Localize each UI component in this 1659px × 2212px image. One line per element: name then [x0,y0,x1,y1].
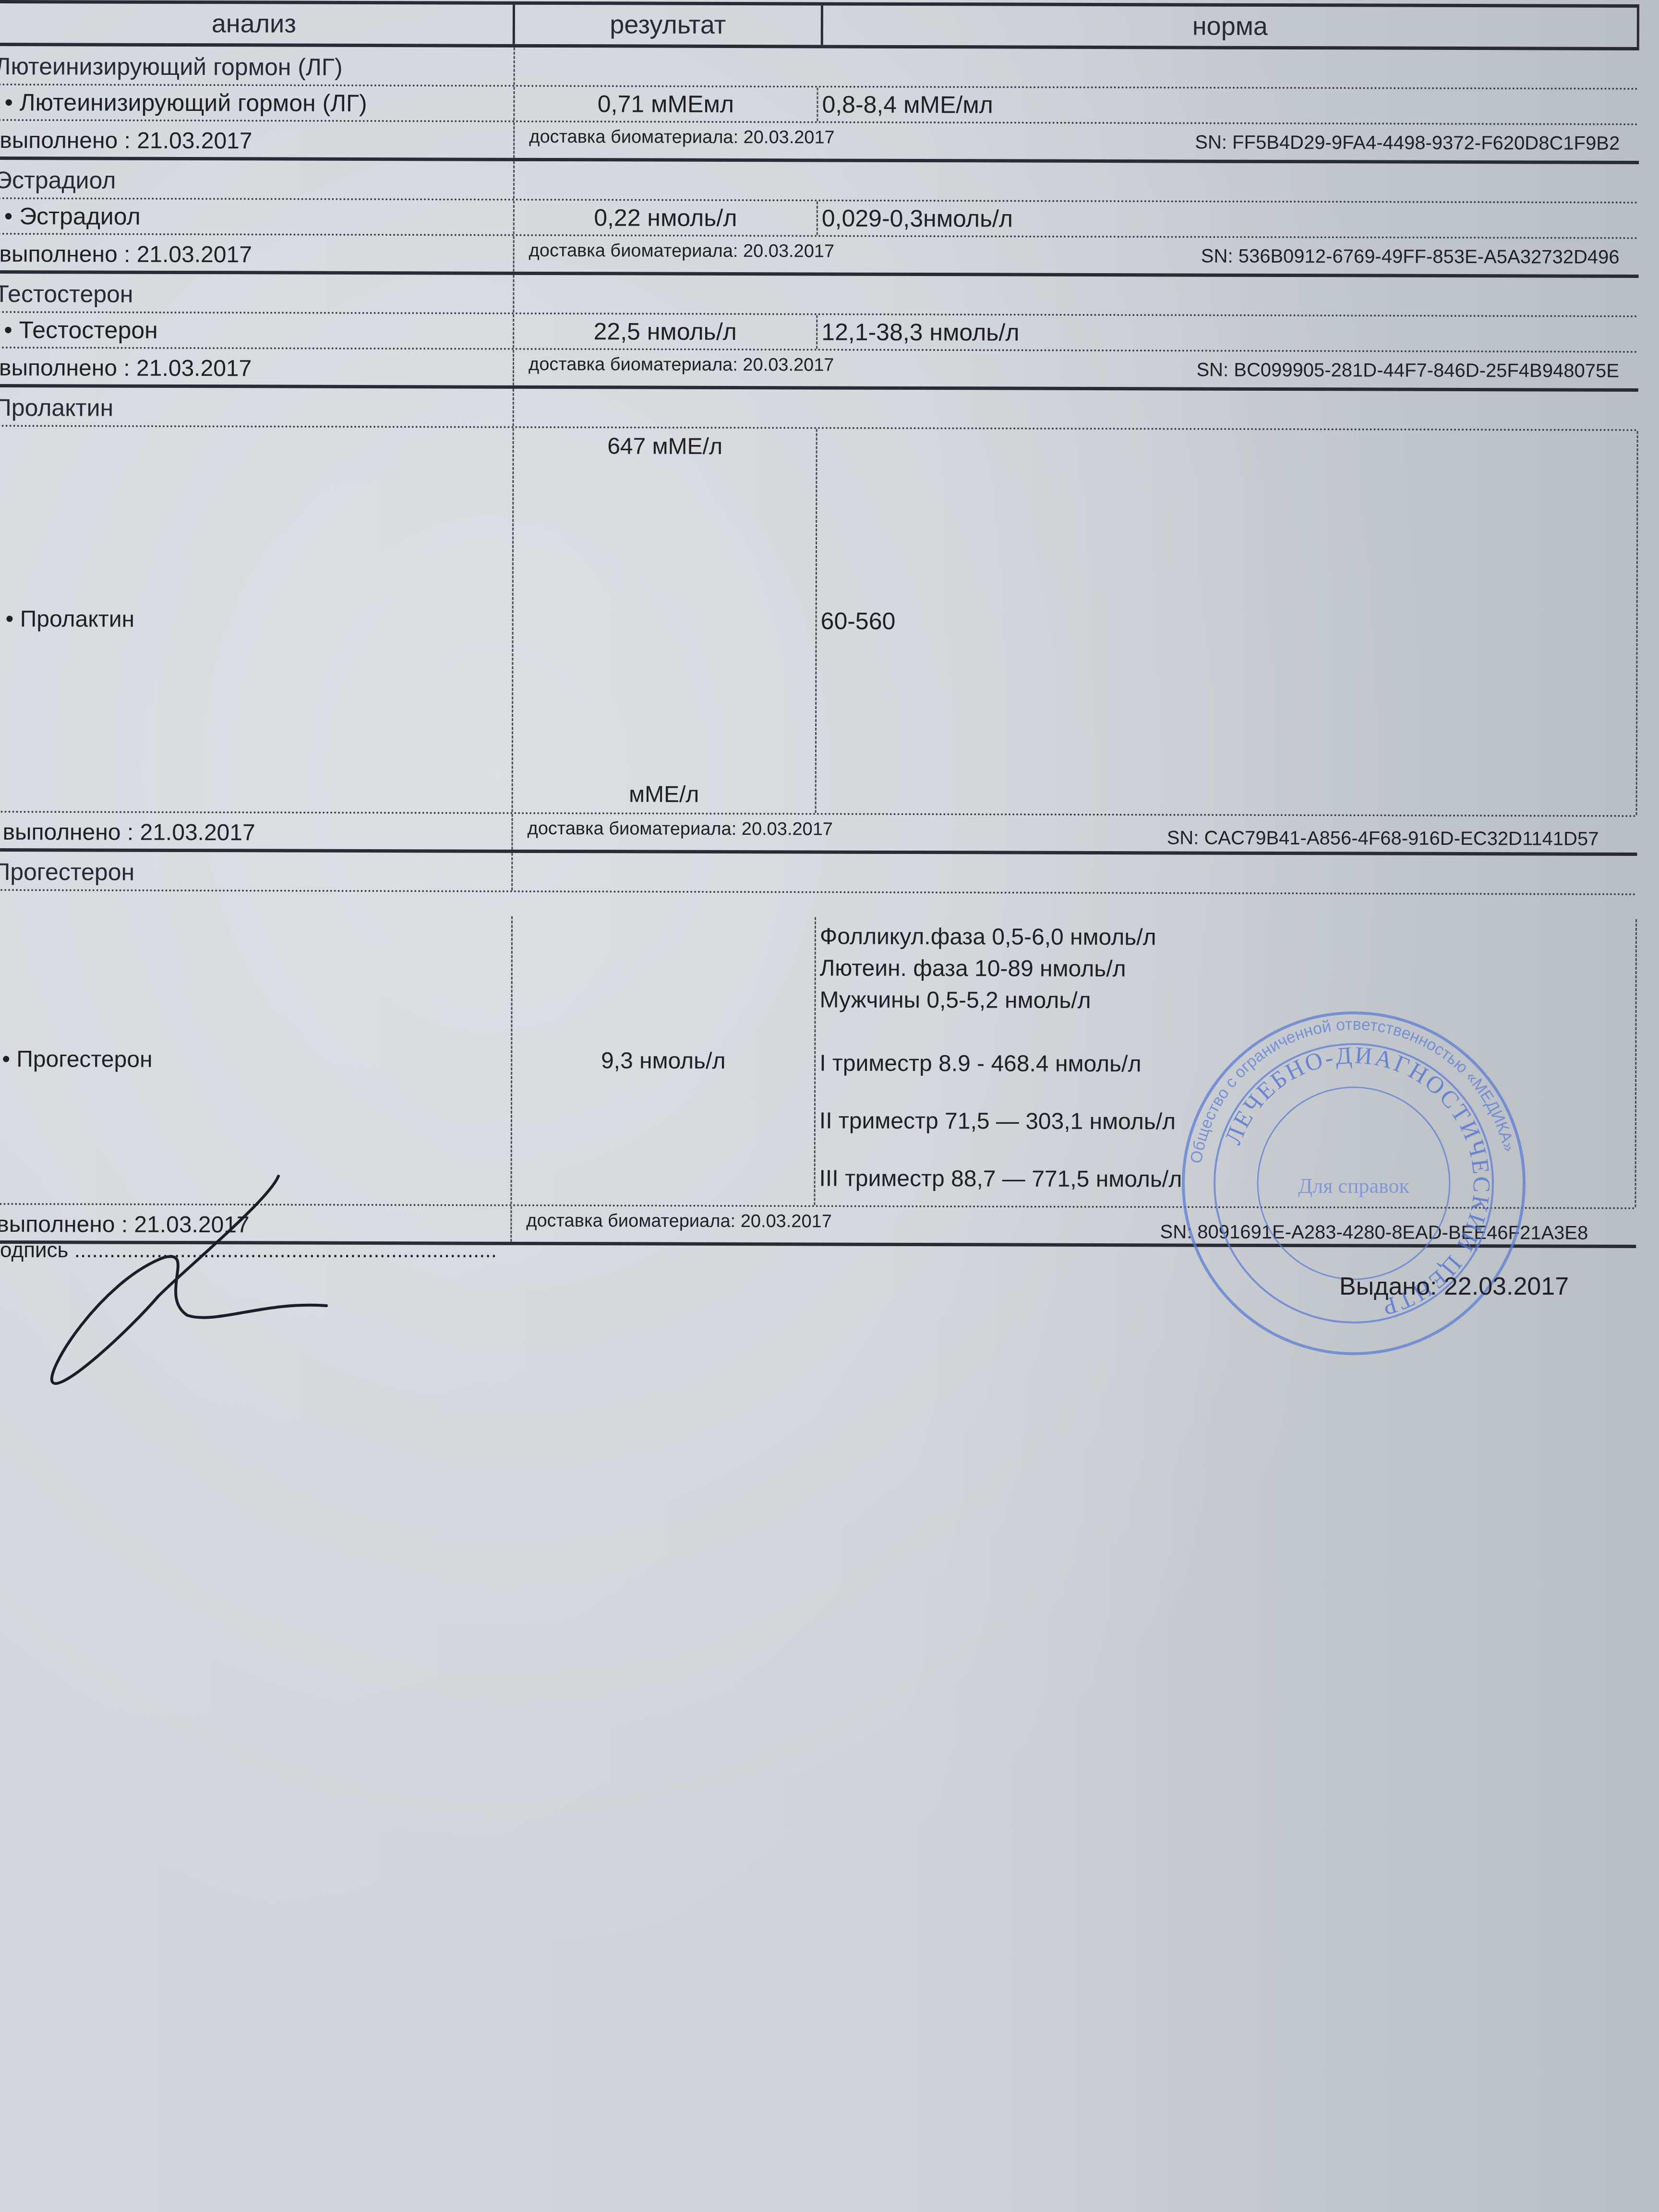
serial-number: SN: FF5B4D29-9FA4-4498-9372-F620D8C1F9B2 [1195,128,1620,158]
group-title: Пролактин [0,387,514,426]
test-name: • Пролактин [6,606,135,633]
meta-cell: доставка биоматериала: 20.03.2017 SN: 53… [515,236,1639,275]
test-result-cell: 9,3 нмоль/л [512,916,816,1205]
group-title: Эстрадиол [0,160,515,199]
group-title: Тестостерон [0,274,515,313]
meta-cell: доставка биоматериала: 20.03.2017 SN: BC… [514,350,1638,388]
test-result: 9,3 нмоль/л [601,1047,726,1074]
meta-row: выполнено : 21.03.2017 доставка биоматер… [0,121,1639,164]
serial-number: SN: BC099905-281D-44F7-846D-25F4B948075E [1196,356,1619,385]
header-norm: норма [823,6,1639,47]
test-name-cell: • Прогестерон [0,915,513,1204]
test-block-estradiol: Эстрадиол • Эстрадиол 0,22 нмоль/л 0,029… [0,160,1639,278]
done-date: выполнено : 21.03.2017 [0,235,515,272]
test-result-cell: 647 мМЕ/л мМЕ/л [513,428,817,813]
table-row: • Лютеинизирующий гормон (ЛГ) 0,71 мМЕмл… [0,85,1639,125]
table-row: • Пролактин 647 мМЕ/л мМЕ/л 60-560 [0,427,1638,817]
header-analysis: анализ [0,3,515,44]
test-norm-cell: 60-560 [817,429,1638,815]
group-row: Прогестерон [0,852,1637,895]
test-name: • Лютеинизирующий гормон (ЛГ) [0,85,515,120]
meta-cell: доставка биоматериала: 20.03.2017 SN: CA… [513,814,1637,853]
meta-cell: доставка биоматериала: 20.03.2017 SN: FF… [515,122,1639,161]
organization-stamp: Общество с ограниченной ответственностью… [1176,1006,1531,1361]
delivery-date: доставка биоматериала: 20.03.2017 [526,1211,832,1232]
handwritten-signature [43,1171,341,1402]
group-empty [515,48,1639,88]
test-block-prolactin: Пролактин • Пролактин 647 мМЕ/л мМЕ/л 60… [0,387,1638,856]
group-empty [513,853,1637,893]
done-date: выполнено : 21.03.2017 [0,349,514,385]
delivery-date: доставка биоматериала: 20.03.2017 [529,127,835,148]
test-block-testosterone: Тестостерон • Тестостерон 22,5 нмоль/л 1… [0,274,1638,392]
group-empty [514,275,1638,315]
table-row: • Тестостерон 22,5 нмоль/л 12,1-38,3 нмо… [0,313,1638,353]
test-norm: 0,029-0,3нмоль/л [818,201,1639,237]
meta-row: выполнено : 21.03.2017 доставка биоматер… [0,349,1638,392]
done-date: выполнено : 21.03.2017 [0,813,513,850]
group-row: Тестостерон [0,274,1638,317]
serial-number: SN: 536B0912-6769-49FF-853E-A5A32732D496 [1201,242,1620,272]
norm-line: Фолликул.фаза 0,5-6,0 нмоль/л [820,917,1635,955]
group-row: Эстрадиол [0,160,1639,204]
header-result: результат [515,5,823,45]
test-result: 647 мМЕ/л [514,428,816,460]
delivery-date: доставка биоматериала: 20.03.2017 [527,818,833,840]
group-empty [515,161,1639,202]
table-header: анализ результат норма [0,0,1639,50]
test-result: 22,5 нмоль/л [514,314,817,349]
test-norm: 0,8-8,4 мМЕ/мл [818,87,1639,123]
delivery-date: доставка биоматериала: 20.03.2017 [529,240,835,262]
issued-date: Выдано: 22.03.2017 [1339,1272,1569,1301]
test-result-unit: мМЕ/л [513,781,815,808]
test-name: • Прогестерон [2,1046,152,1073]
test-norm: 60-560 [821,607,896,635]
group-title: Прогестерон [0,852,513,890]
test-block-lh: Лютеинизирующий гормон (ЛГ) • Лютеинизир… [0,46,1639,164]
group-row: Лютеинизирующий гормон (ЛГ) [0,46,1639,90]
test-name: • Эстрадиол [0,199,515,234]
meta-row: выполнено : 21.03.2017 доставка биоматер… [0,235,1639,278]
table-row: • Эстрадиол 0,22 нмоль/л 0,029-0,3нмоль/… [0,199,1639,239]
meta-row: выполнено : 21.03.2017 доставка биоматер… [0,813,1637,856]
delivery-date: доставка биоматериала: 20.03.2017 [529,354,834,375]
serial-number: SN: CAC79B41-A856-4F68-916D-EC32D1141D57 [1167,823,1599,853]
test-name: • Тестостерон [0,313,514,348]
done-date: выполнено : 21.03.2017 [0,121,515,158]
group-row: Пролактин [0,387,1638,431]
test-norm: 12,1-38,3 нмоль/л [817,315,1638,350]
test-name-cell: • Пролактин [0,427,514,812]
test-result: 0,22 нмоль/л [515,201,818,235]
group-empty [514,389,1638,429]
group-title: Лютеинизирующий гормон (ЛГ) [0,46,515,85]
norm-line: Лютеин. фаза 10-89 нмоль/л [820,953,1635,986]
test-result: 0,71 мМЕмл [515,87,818,121]
stamp-center-text: Для справок [1298,1174,1409,1198]
